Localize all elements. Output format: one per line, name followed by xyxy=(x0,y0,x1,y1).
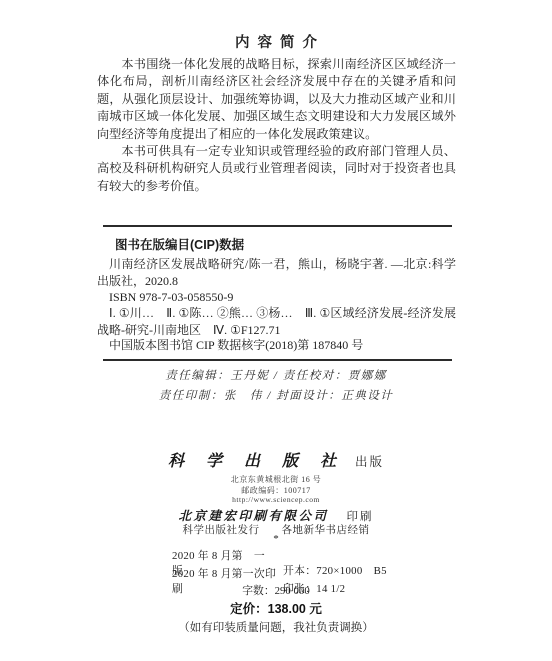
cip-registry-number: 中国版本图书馆 CIP 数据核字(2018)第 187840 号 xyxy=(97,337,456,354)
intro-paragraph-1: 本书围绕一体化发展的战略目标，探索川南经济区区域经济一体化布局，剖析川南经济区社… xyxy=(97,56,456,143)
staff-printing-design-line: 责任印制：张 伟 / 封面设计：正典设计 xyxy=(0,387,552,403)
separator-asterisk: * xyxy=(0,533,552,545)
word-count: 字数：290 000 xyxy=(0,583,552,598)
intro-paragraph-2: 本书可供具有一定专业知识或管理经验的政府部门管理人员、高校及科研机构研究人员或行… xyxy=(97,143,456,195)
cip-record: 川南经济区发展战略研究/陈一君，熊山，杨晓宇著. —北京:科学出版社，2020.… xyxy=(97,256,456,289)
press-line: 科 学 出 版 社 出版 xyxy=(0,448,552,471)
staff-editors-line: 责任编辑：王丹妮 / 责任校对：贾娜娜 xyxy=(0,367,552,383)
cip-classification: Ⅰ. ①川… Ⅱ. ①陈… ②熊… ③杨… Ⅲ. ①区域经济发展-经济发展战略-… xyxy=(97,305,456,338)
intro-paragraphs: 本书围绕一体化发展的战略目标，探索川南经济区区域经济一体化布局，剖析川南经济区社… xyxy=(97,56,456,195)
copyright-page: 内容简介 本书围绕一体化发展的战略目标，探索川南经济区区域经济一体化布局，剖析川… xyxy=(0,0,552,661)
press-name: 科 学 出 版 社 xyxy=(168,453,345,470)
quality-note: （如有印装质量问题，我社负责调换） xyxy=(0,619,552,635)
press-address: 北京东黄城根北街 16 号 xyxy=(0,474,552,485)
cip-isbn: ISBN 978-7-03-058550-9 xyxy=(97,289,456,306)
divider-top xyxy=(103,225,452,227)
divider-bottom xyxy=(103,359,452,361)
printer-name: 北京建宏印刷有限公司 xyxy=(178,509,328,523)
press-website: http://www.sciencep.com xyxy=(0,495,552,504)
intro-title: 内容简介 xyxy=(0,31,552,52)
price: 定价：138.00 元 xyxy=(0,599,552,617)
cip-header: 图书在版编目(CIP)数据 xyxy=(115,235,244,253)
press-suffix: 出版 xyxy=(355,455,384,469)
